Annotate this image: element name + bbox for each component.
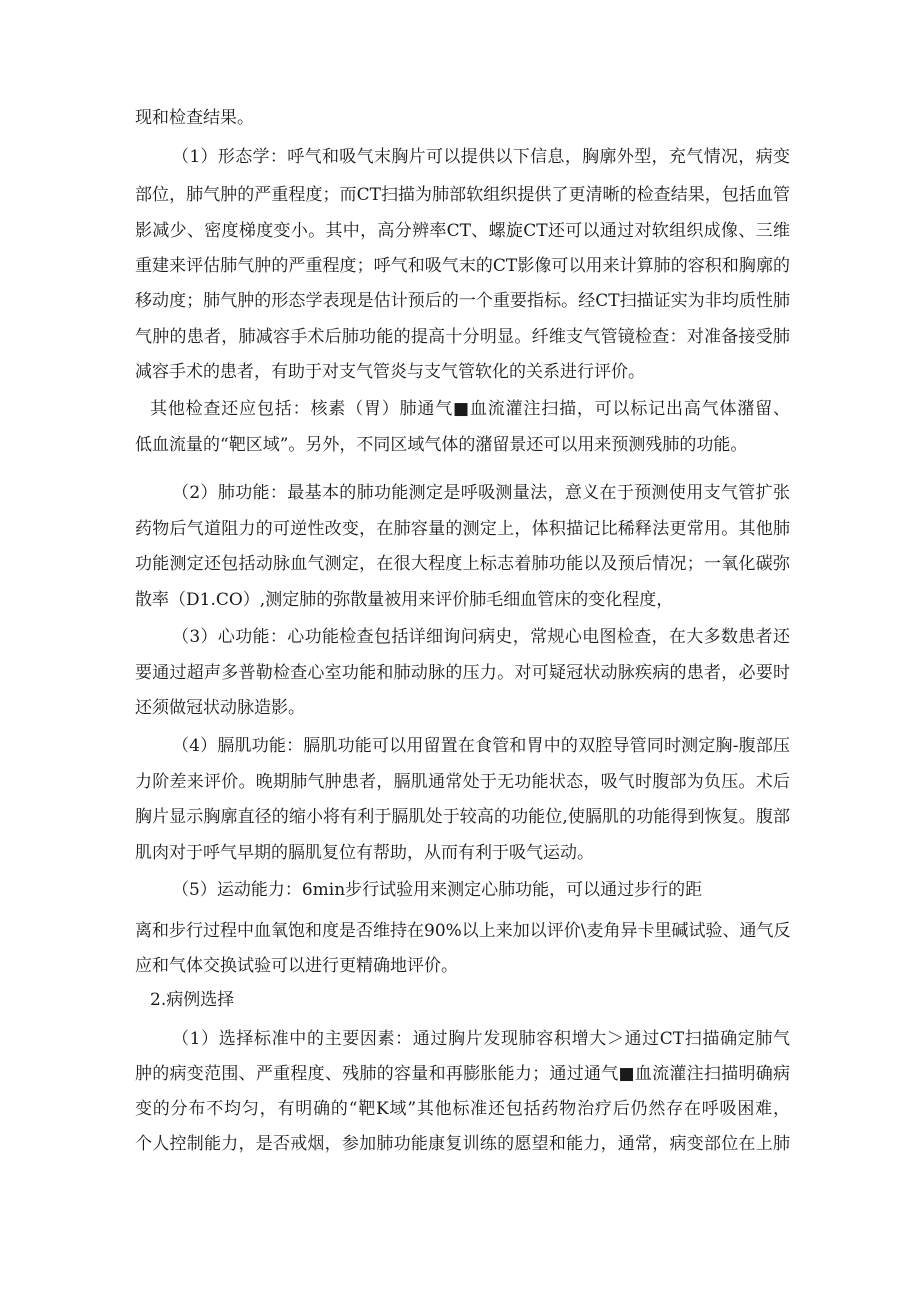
text-line: 移动度；肺气肿的形态学表现是估计预后的一个重要指标。经CT扫描证实为非均质性肺 xyxy=(135,289,790,313)
text-line: 药物后气道阻力的可逆性改变，在肺容量的测定上，体积描记比稀释法更常用。其他肺 xyxy=(135,517,790,541)
text-line: 离和步行过程中血氧饱和度是否维持在90%以上来加以评价\麦角异卡里碱试验、通气反 xyxy=(135,919,790,943)
text-line: 个人控制能力，是否戒烟，参加肺功能康复训练的愿望和能力，通常，病变部位在上肺 xyxy=(135,1132,790,1156)
text-line: 现和检查结果。 xyxy=(135,106,790,130)
text-line: 变的分布不均匀，有明确的“靶K域”其他标准还包括药物治疗后仍然存在呼吸困难， xyxy=(135,1097,790,1121)
text-line: （4）膈肌功能：膈肌功能可以用留置在食管和胃中的双腔导管同时测定胸-腹部压 xyxy=(172,734,790,758)
text-line: 部位，肺气肿的严重程度；而CT扫描为肺部软组织提供了更清晰的检查结果，包括血管 xyxy=(135,183,790,207)
text-line: 其他检查还应包括：核素（胃）肺通气■血流灌注扫描，可以标记出高气体潴留、 xyxy=(150,397,790,421)
text-line: 功能测定还包括动脉血气测定，在很大程度上标志着肺功能以及预后情况；一氧化碳弥 xyxy=(135,552,790,576)
text-line: 胸片显示胸廓直径的缩小将有利于膈肌处于较高的功能位,使膈肌的功能得到恢复。腹部 xyxy=(135,805,790,829)
text-line: 肿的病变范围、严重程度、残肺的容量和再膨胀能力；通过通气■血流灌注扫描明确病 xyxy=(135,1062,790,1086)
text-line: 低血流量的“靶区域”。另外，不同区域气体的潴留景还可以用来预测残肺的功能。 xyxy=(135,433,790,457)
text-line: （3）心功能：心功能检查包括详细询问病史，常规心电图检查，在大多数患者还 xyxy=(172,625,790,649)
text-line: 重建来评估肺气肿的严重程度；呼气和吸气末的CT影像可以用来计算肺的容积和胸廓的 xyxy=(135,254,790,278)
text-line: （1）形态学：呼气和吸气末胸片可以提供以下信息，胸廓外型，充气情况，病变 xyxy=(172,145,790,169)
text-line: 要通过超声多普勒检查心室功能和肺动脉的压力。对可疑冠状动脉疾病的患者，必要时 xyxy=(135,661,790,685)
section-heading: 2.病例选择 xyxy=(150,988,790,1012)
document-page: 现和检查结果。（1）形态学：呼气和吸气末胸片可以提供以下信息，胸廓外型，充气情况… xyxy=(0,0,920,1301)
text-line: 减容手术的患者，有助于对支气管炎与支气管软化的关系进行评价。 xyxy=(135,360,790,384)
text-line: 肌肉对于呼气早期的膈肌复位有帮助，从而有利于吸气运动。 xyxy=(135,841,790,865)
text-line: 还须做冠状动脉造影。 xyxy=(135,696,790,720)
text-line: 影减少、密度梯度变小。其中，高分辨率CT、螺旋CT还可以通过对软组织成像、三维 xyxy=(135,219,790,243)
text-line: 应和气体交换试验可以进行更精确地评价。 xyxy=(135,954,790,978)
text-line: 力阶差来评价。晚期肺气肿患者，膈肌通常处于无功能状态，吸气时腹部为负压。术后 xyxy=(135,770,790,794)
text-line: 气肿的患者，肺减容手术后肺功能的提高十分明显。纤维支气管镜检查：对准备接受肺 xyxy=(135,325,790,349)
text-line: （5）运动能力：6min步行试验用来测定心肺功能，可以通过步行的距 xyxy=(172,878,790,902)
text-line: （1）选择标准中的主要因素：通过胸片发现肺容积增大＞通过CT扫描确定肺气 xyxy=(172,1027,790,1051)
text-line: 散率（D1.CO）,测定肺的弥散量被用来评价肺毛细血管床的变化程度， xyxy=(135,588,790,612)
text-line: （2）肺功能：最基本的肺功能测定是呼吸测量法，意义在于预测使用支气管扩张 xyxy=(172,481,790,505)
